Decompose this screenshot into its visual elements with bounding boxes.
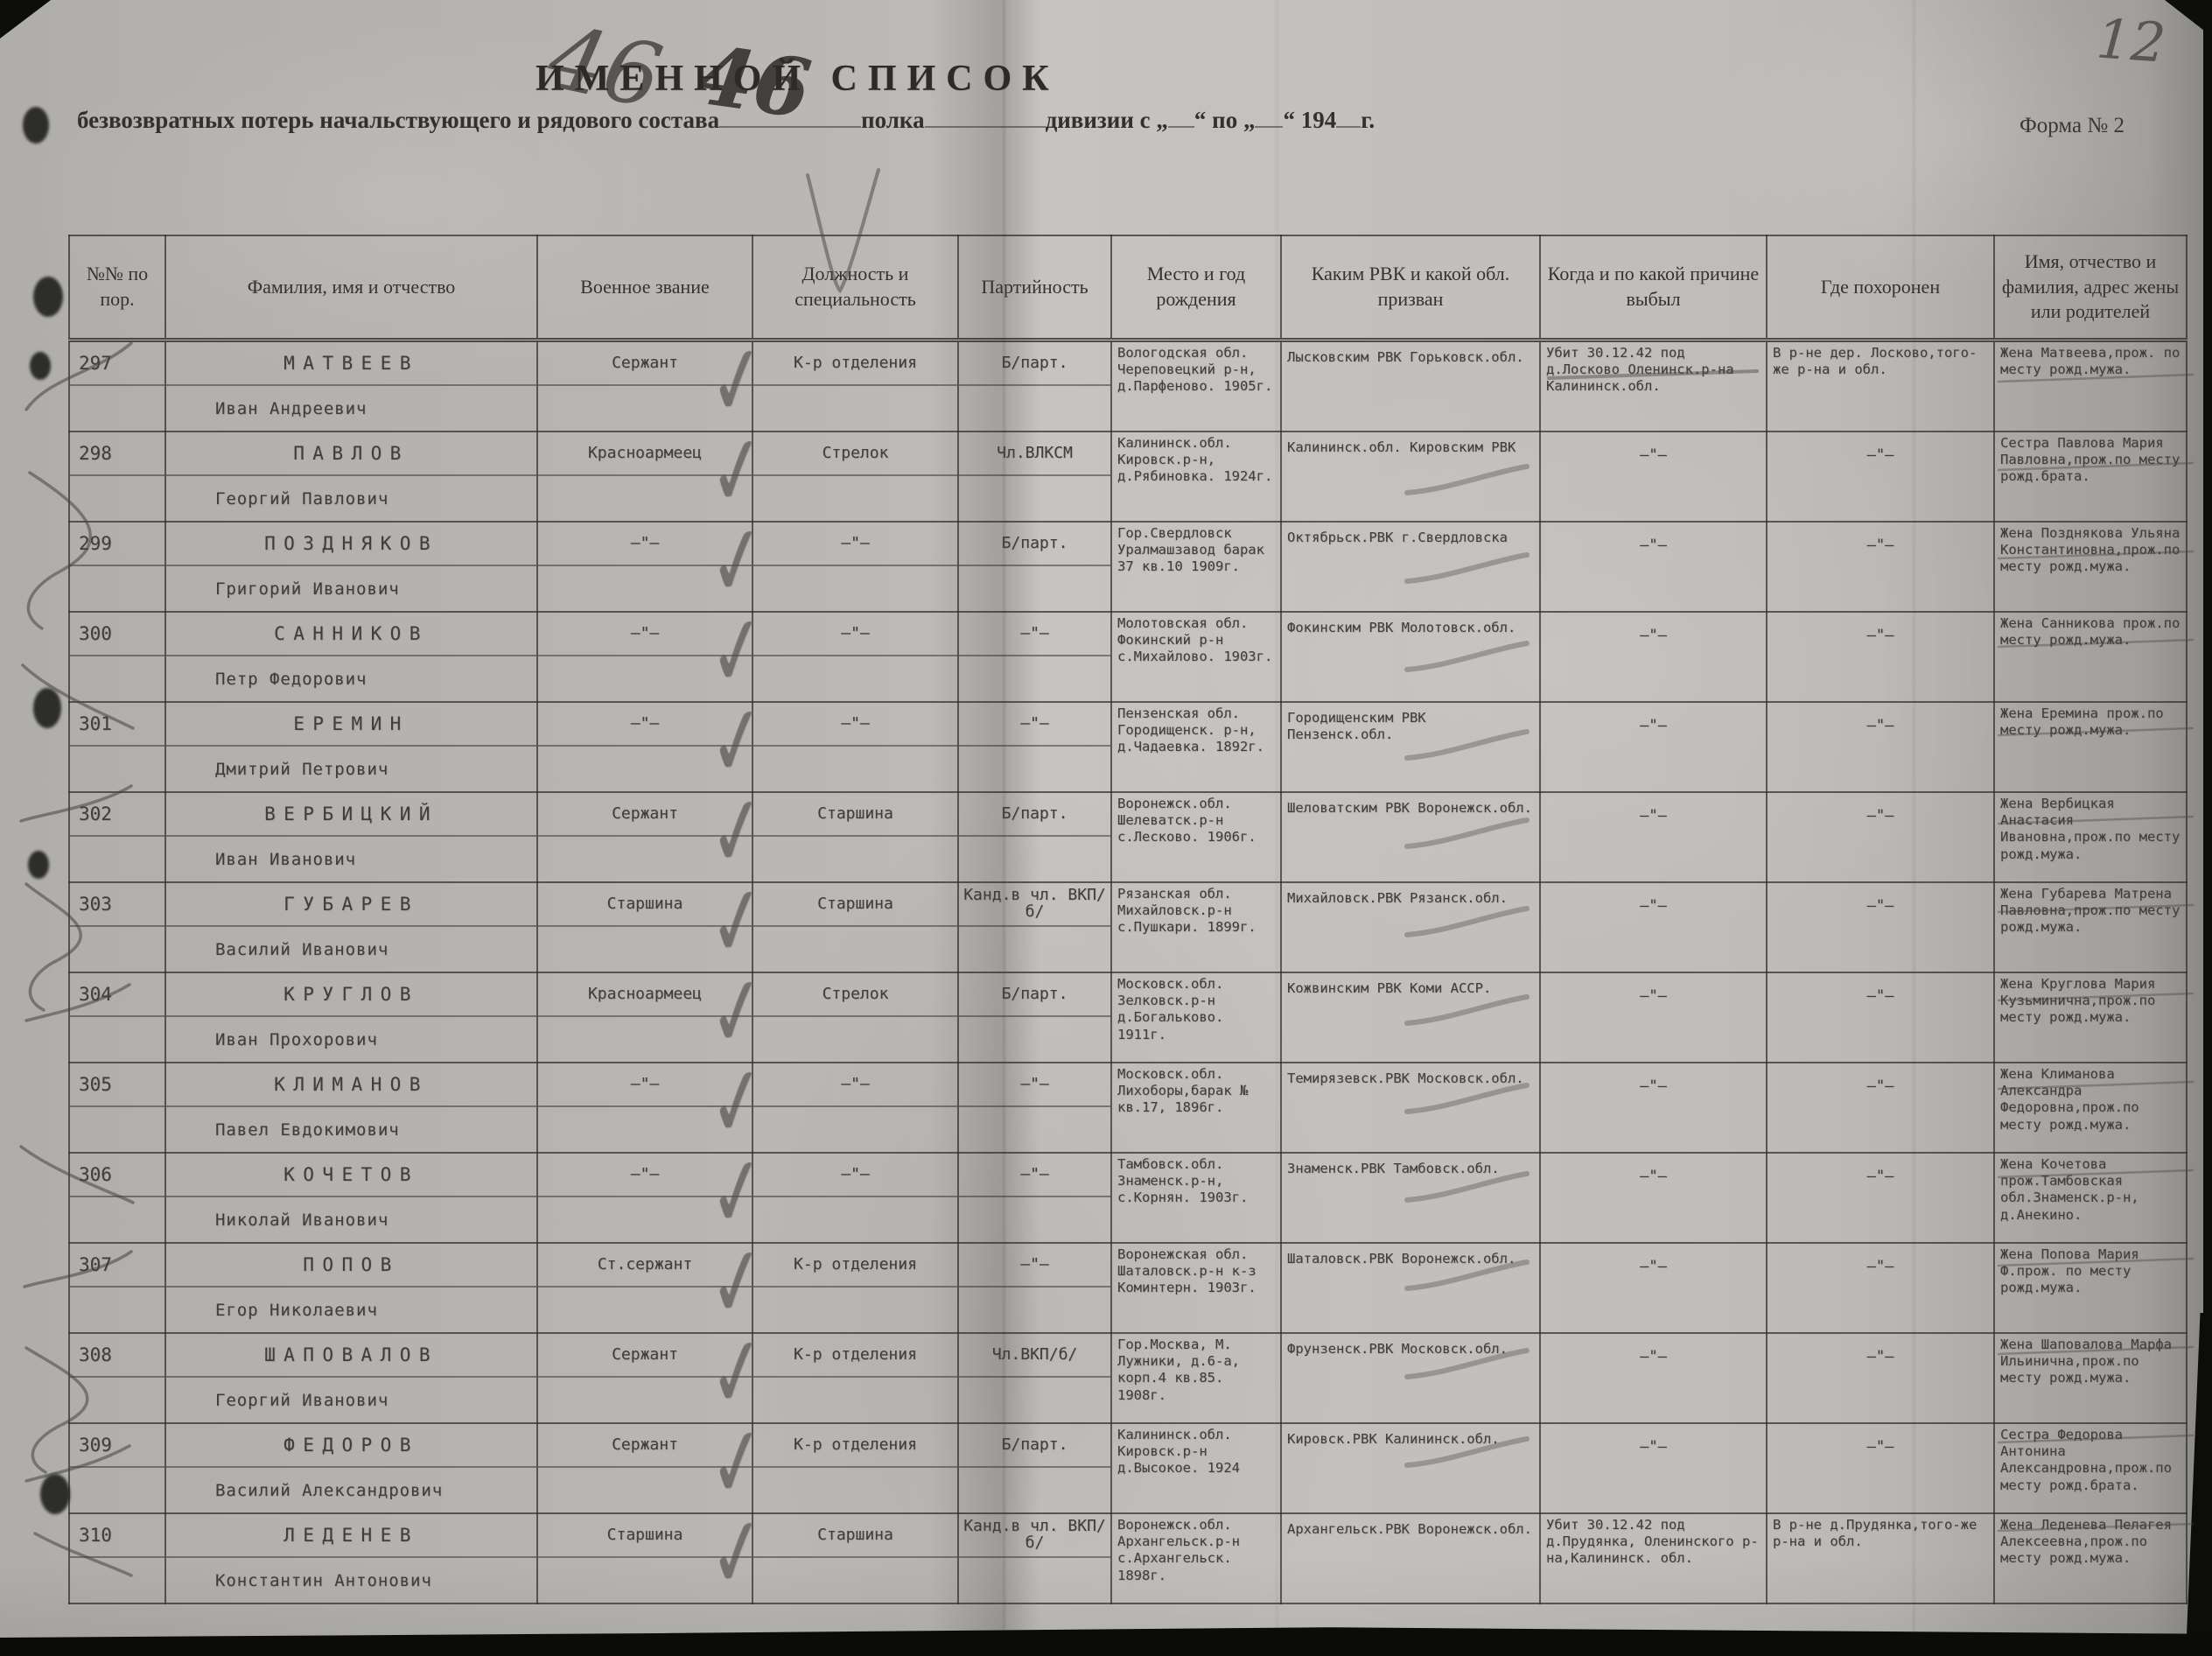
rank-cell: Сержант✓ [537,792,752,882]
blank-line [1336,105,1361,128]
party-cell: —"— [958,612,1111,702]
burial-place: —"— [1767,1063,1993,1098]
party-status: Б/парт. [959,342,1110,386]
handwritten-page-number: 12 [2095,6,2168,74]
family-cell: Жена Леденева Пелагея Алексеевна,прож.по… [1994,1513,2187,1603]
rvk-cell: Октябрьск.РВК г.Свердловска [1281,522,1540,612]
position: —"— [753,703,957,747]
punch-hole [33,688,61,728]
blank-line [1255,105,1283,128]
burial-place: —"— [1767,1154,1993,1189]
family-info: Жена Позднякова Ульяна Константиновна,пр… [1995,523,2186,579]
row-number-cell: 306 [69,1153,165,1243]
subtitle-division-label: дивизии с „ [1046,107,1168,134]
name-cell: ЕРЕМИНДмитрий Петрович [165,702,537,792]
position-cell: К-р отделения [752,1423,958,1513]
rank: Сержант [538,342,752,386]
rank: Старшина [538,883,752,927]
position: Старшина [753,883,957,927]
table-row: 309ФЕДОРОВВасилий АлександровичСержант✓К… [69,1423,2187,1513]
position: К-р отделения [753,342,957,386]
burial-cell: —"— [1767,612,1994,702]
fate-cell: —"— [1540,522,1767,612]
party-cell: Б/парт. [958,522,1111,612]
position: Стрелок [753,432,957,476]
birthplace: Воронежск.обл. Шелеватск.р-н с.Лесково. … [1112,793,1280,849]
rvk: Архангельск.РВК Воронежск.обл. [1282,1514,1539,1540]
col-header-rvk: Каким РВК и какой обл. призван [1281,235,1540,340]
surname: КРУГЛОВ [166,973,536,1017]
burial-place: —"— [1767,523,1993,558]
row-number: 304 [70,973,164,1017]
rank-cell: Сержант✓ [537,1423,752,1513]
fate-cell: Убит 30.12.42 под д.Лосково Оленинск.р-н… [1540,340,1767,432]
burial-place: —"— [1767,703,1993,738]
surname: ПАВЛОВ [166,432,536,476]
family-cell: Жена Матвеева,прож. по месту рожд.мужа. [1994,340,2187,432]
rank-cell: Красноармеец✓ [537,972,752,1063]
party-status: Чл.ВКП/б/ [959,1334,1110,1378]
rank: Красноармеец [538,432,752,476]
burial-cell: —"— [1767,792,1994,882]
burial-cell: —"— [1767,1243,1994,1333]
fate: —"— [1541,1424,1766,1459]
family-info: Жена Круглова Мария Кузьминична,прож.по … [1995,973,2186,1029]
row-number: 305 [70,1063,164,1107]
family-info: Жена Вербицкая Анастасия Ивановна,прож.п… [1995,793,2186,866]
surname: МАТВЕЕВ [166,342,536,386]
position: —"— [753,1063,957,1107]
position-cell: Старшина [752,882,958,972]
birthplace-cell: Молотовская обл. Фокинский р-н с.Михайло… [1111,612,1281,702]
form-subtitle: безвозвратных потерь начальствующего и р… [77,105,1442,134]
position-cell: —"— [752,702,958,792]
rvk-cell: Архангельск.РВК Воронежск.обл. [1281,1513,1540,1603]
row-number: 303 [70,883,164,927]
table-row: 300САННИКОВПетр Федорович—"—✓—"——"—Молот… [69,612,2187,702]
birthplace-cell: Рязанская обл. Михайловск.р-н с.Пушкари.… [1111,882,1281,972]
page-title: ИМЕННОЙ СПИСОК [535,58,1060,100]
birthplace: Калининск.обл. Кировск.р-н, д.Рябиновка.… [1112,432,1280,488]
burial-place: —"— [1767,1334,1993,1369]
family-cell: Жена Климанова Александра Федоровна,прож… [1994,1063,2187,1153]
name-cell: ПОПОВЕгор Николаевич [165,1243,537,1333]
burial-cell: —"— [1767,1063,1994,1153]
party-cell: Чл.ВКП/б/ [958,1333,1111,1423]
position: Старшина [753,793,957,837]
burial-place: —"— [1767,613,1993,648]
family-cell: Жена Губарева Матрена Павловна,прож.по м… [1994,882,2187,972]
casualty-table: №№ по пор. Фамилия, имя и отчество Военн… [68,235,2187,1604]
name-cell: ЛЕДЕНЕВКонстантин Антонович [165,1513,537,1603]
fate-cell: —"— [1540,792,1767,882]
birthplace-cell: Воронежск.обл. Шелеватск.р-н с.Лесково. … [1111,792,1281,882]
party-status: Канд.в чл. ВКП/б/ [959,883,1110,927]
form-number-label: Форма № 2 [2019,114,2124,138]
patronymic: Николай Иванович [166,1197,536,1242]
birthplace: Московск.обл. Лихоборы,барак № кв.17, 18… [1112,1063,1280,1119]
family-info: Жена Еремина прож.по месту рожд.мужа. [1995,703,2186,741]
position-cell: —"— [752,522,958,612]
rvk-cell: Шаталовск.РВК Воронежск.обл. [1281,1243,1540,1333]
birthplace: Пензенская обл. Городищенск. р-н, д.Чада… [1112,703,1280,759]
rvk-cell: Фрунзенск.РВК Московск.обл. [1281,1333,1540,1423]
family-cell: Жена Еремина прож.по месту рожд.мужа. [1994,702,2187,792]
family-cell: Жена Санникова прож.по месту рожд.мужа. [1994,612,2187,702]
burial-cell: —"— [1767,972,1994,1063]
birthplace-cell: Калининск.обл. Кировск.р-н д.Высокое. 19… [1111,1423,1281,1513]
row-number-cell: 305 [69,1063,165,1153]
fate-cell: —"— [1540,702,1767,792]
fate: —"— [1541,523,1766,558]
name-cell: ШАПОВАЛОВГеоргий Иванович [165,1333,537,1423]
rank: Ст.сержант [538,1244,752,1288]
blank-line [719,105,861,128]
row-number-cell: 310 [69,1513,165,1603]
table-row: 301ЕРЕМИНДмитрий Петрович—"—✓—"——"—Пензе… [69,702,2187,792]
name-cell: ПОЗДНЯКОВГригорий Иванович [165,522,537,612]
row-number-cell: 309 [69,1423,165,1513]
row-number: 299 [70,523,164,566]
row-number-cell: 304 [69,972,165,1063]
party-status: —"— [959,1154,1110,1197]
row-number-cell: 307 [69,1243,165,1333]
fate: —"— [1541,703,1766,738]
surname: ПОПОВ [166,1244,536,1288]
rank: Красноармеец [538,973,752,1017]
family-cell: Жена Кочетова прож.Тамбовская обл.Знамен… [1994,1153,2187,1243]
scan-edge-right-lower [2186,1313,2212,1656]
rank-cell: —"—✓ [537,522,752,612]
party-status: —"— [959,1244,1110,1288]
subtitle-g-label: г. [1361,107,1375,134]
family-info: Жена Шаповалова Марфа Ильинична,прож.по … [1995,1334,2186,1390]
party-status: Канд.в чл. ВКП/б/ [959,1514,1110,1558]
rvk: Кожвинским РВК Коми АССР. [1282,973,1539,1000]
rvk: Михайловск.РВК Рязанск.обл. [1282,883,1539,909]
family-info: Жена Кочетова прож.Тамбовская обл.Знамен… [1995,1154,2186,1226]
surname: ГУБАРЕВ [166,883,536,927]
rvk-cell: Михайловск.РВК Рязанск.обл. [1281,882,1540,972]
family-cell: Жена Шаповалова Марфа Ильинична,прож.по … [1994,1333,2187,1423]
party-status: —"— [959,613,1110,656]
position-cell: Стрелок [752,972,958,1063]
rvk: Шеловатским РВК Воронежск.обл. [1282,793,1539,819]
row-number-cell: 303 [69,882,165,972]
family-info: Жена Санникова прож.по месту рожд.мужа. [1995,613,2186,651]
birthplace-cell: Воронежск.обл. Архангельск.р-н с.Арханге… [1111,1513,1281,1603]
rvk: Городищенским РВК Пензенск.обл. [1282,703,1539,746]
burial-cell: —"— [1767,1423,1994,1513]
row-number-cell: 301 [69,702,165,792]
family-info: Жена Попова Мария Ф.прож. по месту рожд.… [1995,1244,2186,1300]
birthplace-cell: Калининск.обл. Кировск.р-н, д.Рябиновка.… [1111,432,1281,522]
col-header-birth: Место и год рождения [1111,235,1281,340]
row-number: 309 [70,1424,164,1468]
fate: —"— [1541,1063,1766,1098]
subtitle-polk-label: полка [861,107,925,134]
position-cell: Старшина [752,1513,958,1603]
punch-hole [33,277,63,317]
rvk-cell: Темирязевск.РВК Московск.обл. [1281,1063,1540,1153]
patronymic: Григорий Иванович [166,566,536,611]
party-cell: —"— [958,1063,1111,1153]
party-cell: Б/парт. [958,340,1111,432]
name-cell: ГУБАРЕВВасилий Иванович [165,882,537,972]
family-cell: Жена Вербицкая Анастасия Ивановна,прож.п… [1994,792,2187,882]
position-cell: —"— [752,1153,958,1243]
table-row: 305КЛИМАНОВПавел Евдокимович—"—✓—"——"—Мо… [69,1063,2187,1153]
party-cell: —"— [958,702,1111,792]
rank-cell: —"—✓ [537,1153,752,1243]
fate: —"— [1541,1154,1766,1189]
fate-cell: —"— [1540,882,1767,972]
table-body: 297МАТВЕЕВИван АндреевичСержант✓К-р отде… [69,340,2187,1604]
table-row: 307ПОПОВЕгор НиколаевичСт.сержант✓К-р от… [69,1243,2187,1333]
birthplace: Молотовская обл. Фокинский р-н с.Михайло… [1112,613,1280,669]
fate-cell: —"— [1540,1063,1767,1153]
rank: Сержант [538,1334,752,1378]
position: К-р отделения [753,1334,957,1378]
rvk-cell: Кировск.РВК Калининск.обл. [1281,1423,1540,1513]
surname: КОЧЕТОВ [166,1154,536,1197]
party-status: Б/парт. [959,523,1110,566]
party-status: Б/парт. [959,793,1110,837]
rank-cell: —"—✓ [537,1063,752,1153]
row-number: 298 [70,432,164,476]
position: —"— [753,1154,957,1197]
birthplace-cell: Гор.Свердловск Уралмашзавод барак 37 кв.… [1111,522,1281,612]
party-status: —"— [959,1063,1110,1107]
patronymic: Константин Антонович [166,1558,536,1603]
punch-hole [23,107,49,144]
table-row: 299ПОЗДНЯКОВГригорий Иванович—"—✓—"—Б/па… [69,522,2187,612]
row-number: 302 [70,793,164,837]
position: Старшина [753,1514,957,1558]
burial-cell: —"— [1767,522,1994,612]
rvk: Лысковским РВК Горьковск.обл. [1282,342,1539,368]
subtitle-year-label: “ 194 [1283,107,1336,134]
rank: —"— [538,703,752,747]
row-number-cell: 299 [69,522,165,612]
rvk-cell: Калининск.обл. Кировским РВК [1281,432,1540,522]
party-cell: Б/парт. [958,792,1111,882]
rvk-cell: Лысковским РВК Горьковск.обл. [1281,340,1540,432]
birthplace-cell: Гор.Москва, М. Лужники, д.6-а, корп.4 кв… [1111,1333,1281,1423]
birthplace: Тамбовск.обл. Знаменск.р-н, с.Корнян. 19… [1112,1154,1280,1210]
rank-cell: —"—✓ [537,702,752,792]
rank: —"— [538,1154,752,1197]
name-cell: САННИКОВПетр Федорович [165,612,537,702]
position: К-р отделения [753,1424,957,1468]
col-header-party: Партийность [958,235,1111,340]
patronymic: Иван Прохорович [166,1017,536,1062]
position: —"— [753,523,957,566]
birthplace-cell: Воронежская обл. Шаталовск.р-н к-з Комин… [1111,1243,1281,1333]
party-cell: Б/парт. [958,1423,1111,1513]
birthplace-cell: Пензенская обл. Городищенск. р-н, д.Чада… [1111,702,1281,792]
family-cell: Сестра Федорова Антонина Александровна,п… [1994,1423,2187,1513]
table-row: 306КОЧЕТОВНиколай Иванович—"—✓—"——"—Тамб… [69,1153,2187,1243]
birthplace: Воронежск.обл. Архангельск.р-н с.Арханге… [1112,1514,1280,1587]
family-info: Жена Леденева Пелагея Алексеевна,прож.по… [1995,1514,2186,1570]
col-header-name: Фамилия, имя и отчество [165,235,537,340]
position-cell: —"— [752,1063,958,1153]
fate: —"— [1541,883,1766,918]
punch-hole [40,1474,70,1514]
birthplace-cell: Московск.обл. Зелковск.р-н д.Богальково.… [1111,972,1281,1063]
patronymic: Иван Андреевич [166,386,536,431]
rank-cell: Сержант✓ [537,340,752,432]
scanned-page: 46 46 12 ИМЕННОЙ СПИСОК Форма № 2 безвоз… [0,0,2212,1656]
rank: —"— [538,523,752,566]
birthplace-cell: Московск.обл. Лихоборы,барак № кв.17, 18… [1111,1063,1281,1153]
burial-cell: —"— [1767,702,1994,792]
burial-place: —"— [1767,973,1993,1008]
row-number-cell: 300 [69,612,165,702]
name-cell: ФЕДОРОВВасилий Александрович [165,1423,537,1513]
row-number: 301 [70,703,164,747]
fate-cell: —"— [1540,1333,1767,1423]
family-info: Сестра Павлова Мария Павловна,прож.по ме… [1995,432,2186,488]
rvk-cell: Знаменск.РВК Тамбовск.обл. [1281,1153,1540,1243]
blank-line [1168,105,1194,128]
fate-cell: —"— [1540,972,1767,1063]
rank-cell: Ст.сержант✓ [537,1243,752,1333]
family-cell: Жена Попова Мария Ф.прож. по месту рожд.… [1994,1243,2187,1333]
name-cell: КОЧЕТОВНиколай Иванович [165,1153,537,1243]
name-cell: КРУГЛОВИван Прохорович [165,972,537,1063]
burial-cell: В р-не д.Прудянка,того-же р-на и обл. [1767,1513,1994,1603]
col-header-fate: Когда и по какой причине выбыл [1540,235,1767,340]
family-cell: Сестра Павлова Мария Павловна,прож.по ме… [1994,432,2187,522]
position-cell: К-р отделения [752,1243,958,1333]
row-number: 300 [70,613,164,656]
surname: КЛИМАНОВ [166,1063,536,1107]
fate-cell: —"— [1540,1153,1767,1243]
family-cell: Жена Позднякова Ульяна Константиновна,пр… [1994,522,2187,612]
rank-cell: Старшина✓ [537,1513,752,1603]
row-number: 297 [70,342,164,386]
position-cell: К-р отделения [752,1333,958,1423]
name-cell: ВЕРБИЦКИЙИван Иванович [165,792,537,882]
surname: ЕРЕМИН [166,703,536,747]
burial-place: В р-не дер. Лосково,того-же р-на и обл. [1767,342,1993,381]
birthplace: Калининск.обл. Кировск.р-н д.Высокое. 19… [1112,1424,1280,1480]
party-status: —"— [959,703,1110,747]
fate-cell: —"— [1540,432,1767,522]
burial-place: —"— [1767,432,1993,467]
rank: —"— [538,1063,752,1107]
table-row: 308ШАПОВАЛОВГеоргий ИвановичСержант✓К-р … [69,1333,2187,1423]
col-header-rank: Военное звание [537,235,752,340]
table-row: 303ГУБАРЕВВасилий ИвановичСтаршина✓Старш… [69,882,2187,972]
rank-cell: Сержант✓ [537,1333,752,1423]
row-number-cell: 297 [69,340,165,432]
fate-cell: —"— [1540,612,1767,702]
position: Стрелок [753,973,957,1017]
family-info: Жена Матвеева,прож. по месту рожд.мужа. [1995,342,2186,381]
patronymic: Георгий Иванович [166,1378,536,1422]
col-header-family: Имя, отчество и фамилия, адрес жены или … [1994,235,2187,340]
position-cell: Стрелок [752,432,958,522]
rank: Сержант [538,1424,752,1468]
party-status: Б/парт. [959,1424,1110,1468]
rank: —"— [538,613,752,656]
burial-cell: —"— [1767,432,1994,522]
fate-cell: —"— [1540,1243,1767,1333]
surname: ВЕРБИЦКИЙ [166,793,536,837]
patronymic: Павел Евдокимович [166,1107,536,1152]
family-info: Сестра Федорова Антонина Александровна,п… [1995,1424,2186,1497]
rank: Старшина [538,1514,752,1558]
fate: —"— [1541,1334,1766,1369]
party-cell: —"— [958,1153,1111,1243]
burial-place: —"— [1767,793,1993,828]
punch-hole [28,851,49,879]
table-row: 297МАТВЕЕВИван АндреевичСержант✓К-р отде… [69,340,2187,432]
fate: —"— [1541,432,1766,467]
rvk: Октябрьск.РВК г.Свердловска [1282,523,1539,549]
blank-line [925,105,1046,128]
fate: —"— [1541,973,1766,1008]
row-number: 308 [70,1334,164,1378]
position: —"— [753,613,957,656]
table-row: 302ВЕРБИЦКИЙИван ИвановичСержант✓Старшин… [69,792,2187,882]
surname: ФЕДОРОВ [166,1424,536,1468]
party-cell: Б/парт. [958,972,1111,1063]
patronymic: Егор Николаевич [166,1288,536,1332]
patronymic: Петр Федорович [166,656,536,701]
rank: Сержант [538,793,752,837]
rank-cell: —"—✓ [537,612,752,702]
rvk-cell: Городищенским РВК Пензенск.обл. [1281,702,1540,792]
rank-cell: Старшина✓ [537,882,752,972]
family-info: Жена Климанова Александра Федоровна,прож… [1995,1063,2186,1136]
party-status: Б/парт. [959,973,1110,1017]
header-row: №№ по пор. Фамилия, имя и отчество Военн… [69,235,2187,340]
rvk: Знаменск.РВК Тамбовск.обл. [1282,1154,1539,1180]
name-cell: КЛИМАНОВПавел Евдокимович [165,1063,537,1153]
fate: —"— [1541,613,1766,648]
subtitle-po-label: “ по „ [1194,107,1256,134]
col-header-position: Должность и специальность [752,235,958,340]
rvk: Калининск.обл. Кировским РВК [1282,432,1539,459]
row-number-cell: 308 [69,1333,165,1423]
burial-cell: В р-не дер. Лосково,того-же р-на и обл. [1767,340,1994,432]
birthplace: Вологодская обл. Череповецкий р-н, д.Пар… [1112,342,1280,398]
burial-cell: —"— [1767,882,1994,972]
birthplace-cell: Вологодская обл. Череповецкий р-н, д.Пар… [1111,340,1281,432]
position-cell: —"— [752,612,958,702]
surname: ПОЗДНЯКОВ [166,523,536,566]
table-row: 304КРУГЛОВИван ПрохоровичКрасноармеец✓Ст… [69,972,2187,1063]
patronymic: Василий Александрович [166,1468,536,1512]
rvk-cell: Фокинским РВК Молотовск.обл. [1281,612,1540,702]
rvk: Шаталовск.РВК Воронежск.обл. [1282,1244,1539,1270]
family-cell: Жена Круглова Мария Кузьминична,прож.по … [1994,972,2187,1063]
fate: Убит 30.12.42 под д.Прудянка, Оленинског… [1541,1514,1766,1570]
rvk-cell: Шеловатским РВК Воронежск.обл. [1281,792,1540,882]
rvk: Фрунзенск.РВК Московск.обл. [1282,1334,1539,1360]
fate: —"— [1541,793,1766,828]
rvk: Кировск.РВК Калининск.обл. [1282,1424,1539,1450]
subtitle-text: безвозвратных потерь начальствующего и р… [77,107,719,134]
scan-corner-top-left [0,0,51,39]
patronymic: Георгий Павлович [166,476,536,521]
rvk: Фокинским РВК Молотовск.обл. [1282,613,1539,639]
surname: ШАПОВАЛОВ [166,1334,536,1378]
